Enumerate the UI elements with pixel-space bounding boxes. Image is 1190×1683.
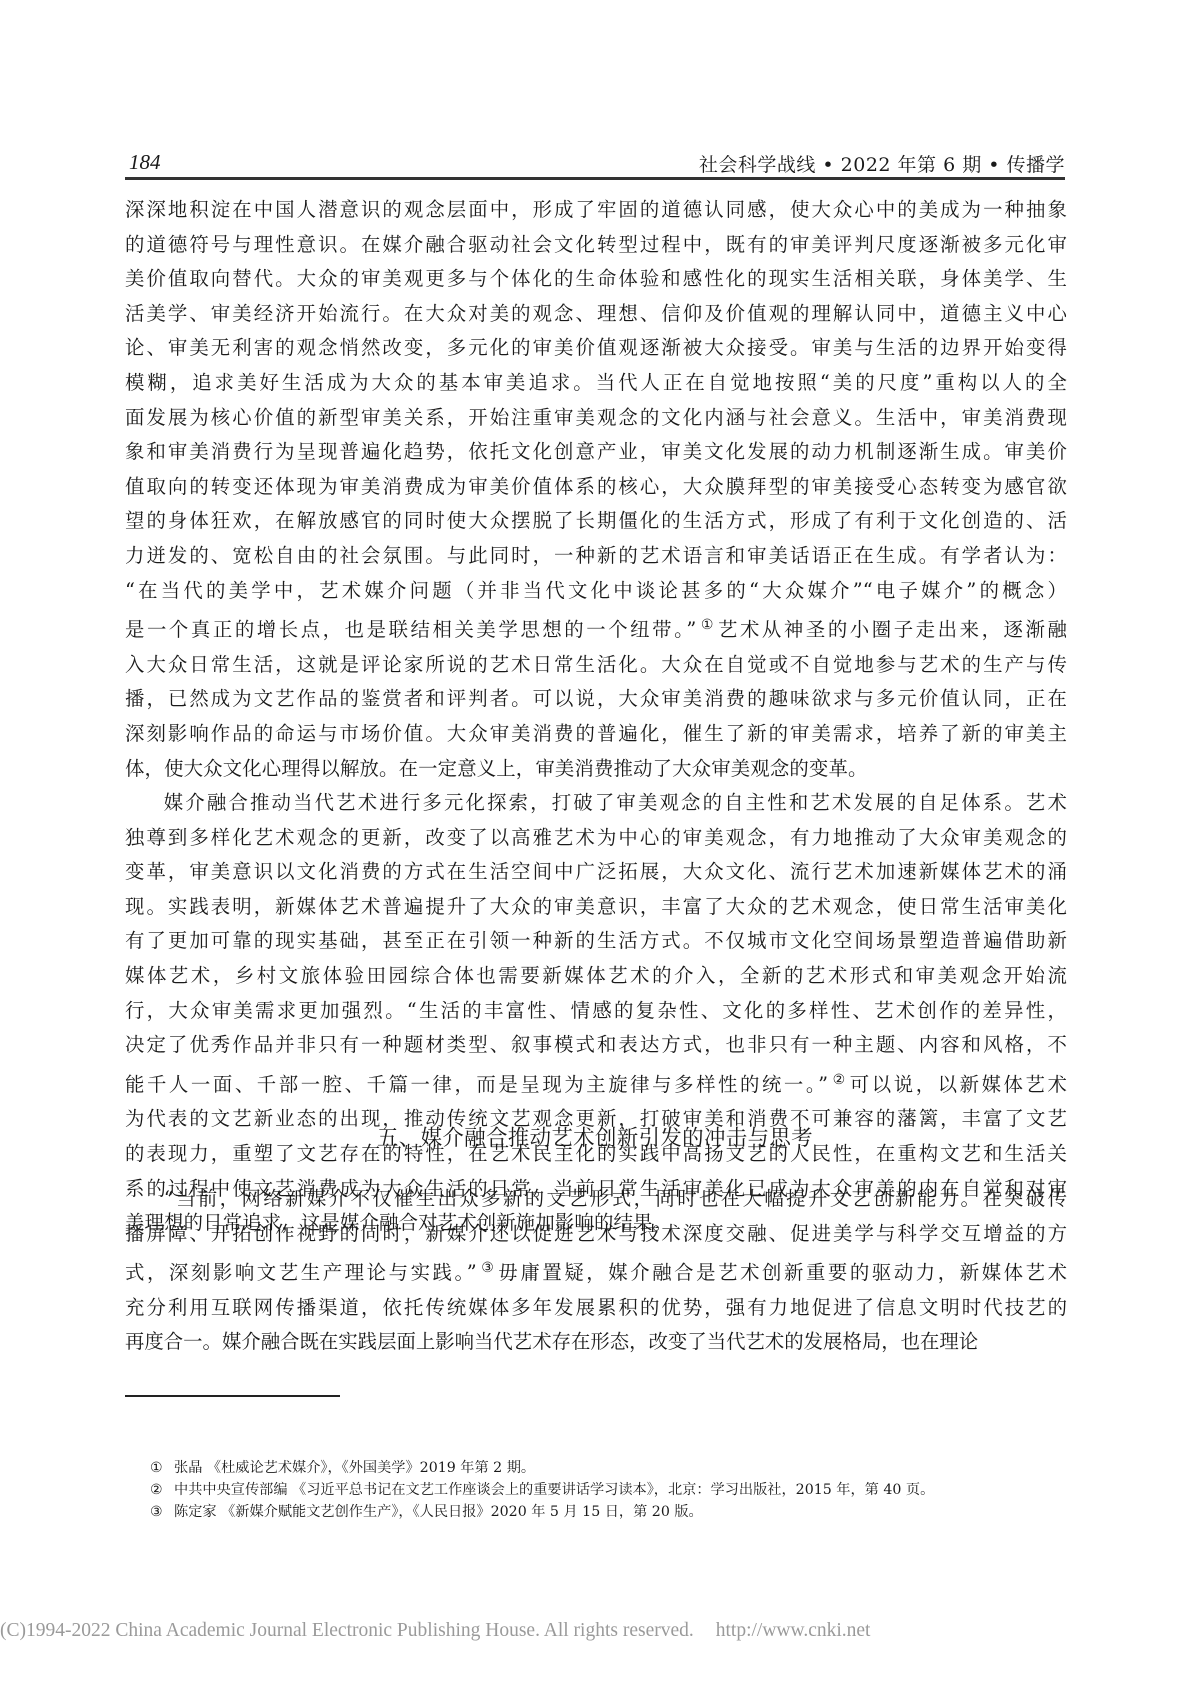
text-line: 能千人一面、千部一腔、千篇一律，而是呈现为主旋律与多样性的统一。”②可以说，以新… (125, 1063, 1067, 1103)
copyright-footer: (C)1994-2022 China Academic Journal Elec… (0, 1620, 930, 1642)
text-line: 变革，审美意识以文化消费的方式在生活空间中广泛拓展，大众文化、流行艺术加速新媒体… (125, 855, 1067, 890)
section-heading: 五、媒介融合推动艺术创新引发的冲击与思考 (125, 1121, 1065, 1152)
footnote-marker: ① (150, 1457, 174, 1479)
text-line: 入大众日常生活，这就是评论家所说的艺术日常生活化。大众在自觉或不自觉地参与艺术的… (125, 648, 1067, 683)
text-line: 活美学、审美经济开始流行。在大众对美的观念、理想、信仰及价值观的理解认同中，道德… (125, 297, 1067, 332)
text-line: 式，深刻影响文艺生产理论与实践。”③毋庸置疑，媒介融合是艺术创新重要的驱动力，新… (125, 1251, 1067, 1291)
text-line: 有了更加可靠的现实基础，甚至正在引领一种新的生活方式。不仅城市文化空间场景塑造普… (125, 924, 1067, 959)
paragraph-1: 深深地积淀在中国人潜意识的观念层面中，形成了牢固的道德认同感，使大众心中的美成为… (125, 193, 1067, 786)
text-line: 深刻影响作品的命运与市场价值。大众审美消费的普遍化，催生了新的审美需求，培养了新… (125, 717, 1067, 752)
text-line: 的道德符号与理性意识。在媒介融合驱动社会文化转型过程中，既有的审美评判尺度逐渐被… (125, 228, 1067, 263)
text-line: 现。实践表明，新媒体艺术普遍提升了大众的审美意识，丰富了大众的艺术观念，使日常生… (125, 890, 1067, 925)
text-line: 力迸发的、宽松自由的社会氛围。与此同时，一种新的艺术语言和审美话语正在生成。有学… (125, 539, 1067, 574)
text-line: 行，大众审美需求更加强烈。“生活的丰富性、情感的复杂性、文化的多样性、艺术创作的… (125, 994, 1067, 1029)
text-line: 播，已然成为文艺作品的鉴赏者和评判者。可以说，大众审美消费的趣味欲求与多元价值认… (125, 682, 1067, 717)
text-line: “在当代的美学中，艺术媒介问题（并非当代文化中谈论甚多的“大众媒介”“电子媒介”… (125, 574, 1067, 609)
text-line: 再度合一。媒介融合既在实践层面上影响当代艺术存在形态，改变了当代艺术的发展格局，… (125, 1325, 1067, 1360)
copyright-notice: (C)1994-2022 China Academic Journal Elec… (0, 1620, 694, 1641)
text-line: 论、审美无利害的观念悄然改变，多元化的审美价值观逐渐被大众接受。审美与生活的边界… (125, 331, 1067, 366)
footnote-text: 陈定家 《新媒介赋能文艺创作生产》，《人民日报》2020 年 5 月 15 日，… (174, 1501, 703, 1523)
text-line: “当前，网络新媒介不仅催生出众多新的文艺形式，同时也在大幅提升文艺创新能力。在突… (125, 1182, 1067, 1217)
header-rule (125, 177, 1065, 180)
section-body: “当前，网络新媒介不仅催生出众多新的文艺形式，同时也在大幅提升文艺创新能力。在突… (125, 1182, 1067, 1360)
running-title: 社会科学战线 • 2022 年第 6 期 • 传播学 (699, 150, 1065, 177)
text-line: 决定了优秀作品并非只有一种题材类型、叙事模式和表达方式，也非只有一种主题、内容和… (125, 1028, 1067, 1063)
footnote-rule (125, 1395, 340, 1397)
footnote-ref[interactable]: ① (698, 617, 716, 633)
page-number: 184 (129, 150, 161, 175)
text-line: 望的身体狂欢，在解放感官的同时使大众摆脱了长期僵化的生活方式，形成了有利于文化创… (125, 504, 1067, 539)
text-line: 独尊到多样化艺术观念的更新，改变了以高雅艺术为中心的审美观念，有力地推动了大众审… (125, 821, 1067, 856)
footnote-text: 张晶 《杜威论艺术媒介》，《外国美学》2019 年第 2 期。 (174, 1457, 535, 1479)
text-line: 媒介融合推动当代艺术进行多元化探索，打破了审美观念的自主性和艺术发展的自足体系。… (125, 786, 1067, 821)
text-line: 模糊，追求美好生活成为大众的基本审美追求。当代人正在自觉地按照“美的尺度”重构以… (125, 366, 1067, 401)
footnote-text: 中共中央宣传部编 《习近平总书记在文艺工作座谈会上的重要讲话学习读本》，北京：学… (174, 1479, 934, 1501)
body-text: 深深地积淀在中国人潜意识的观念层面中，形成了牢固的道德认同感，使大众心中的美成为… (125, 193, 1067, 1241)
text-line: 体，使大众文化心理得以解放。在一定意义上，审美消费推动了大众审美观念的变革。 (125, 752, 1067, 787)
footnote-ref[interactable]: ② (830, 1072, 848, 1088)
section-paragraph-1: “当前，网络新媒介不仅催生出众多新的文艺形式，同时也在大幅提升文艺创新能力。在突… (125, 1182, 1067, 1360)
text-line: 充分利用互联网传播渠道，依托传统媒体多年发展累积的优势，强有力地促进了信息文明时… (125, 1291, 1067, 1326)
page-header: 184 社会科学战线 • 2022 年第 6 期 • 传播学 (125, 146, 1065, 176)
footnote-marker: ③ (150, 1501, 174, 1523)
text-line: 媒体艺术，乡村文旅体验田园综合体也需要新媒体艺术的介入，全新的艺术形式和审美观念… (125, 959, 1067, 994)
text-line: 深深地积淀在中国人潜意识的观念层面中，形成了牢固的道德认同感，使大众心中的美成为… (125, 193, 1067, 228)
text-line: 美价值取向替代。大众的审美观更多与个体化的生命体验和感性化的现实生活相关联，身体… (125, 262, 1067, 297)
text-line: 是一个真正的增长点，也是联结相关美学思想的一个纽带。”①艺术从神圣的小圈子走出来… (125, 608, 1067, 648)
footnote-1: ①张晶 《杜威论艺术媒介》，《外国美学》2019 年第 2 期。 (150, 1457, 934, 1479)
text-line: 值取向的转变还体现为审美消费成为审美价值体系的核心，大众膜拜型的审美接受心态转变… (125, 470, 1067, 505)
text-line: 象和审美消费行为呈现普遍化趋势，依托文化创意产业，审美文化发展的动力机制逐渐生成… (125, 435, 1067, 470)
footnote-ref[interactable]: ③ (479, 1260, 497, 1276)
paragraph-2: 媒介融合推动当代艺术进行多元化探索，打破了审美观念的自主性和艺术发展的自足体系。… (125, 786, 1067, 1241)
footnotes: ①张晶 《杜威论艺术媒介》，《外国美学》2019 年第 2 期。 ②中共中央宣传… (150, 1457, 934, 1523)
footnote-marker: ② (150, 1479, 174, 1501)
footnote-3: ③陈定家 《新媒介赋能文艺创作生产》，《人民日报》2020 年 5 月 15 日… (150, 1501, 934, 1523)
footnote-2: ②中共中央宣传部编 《习近平总书记在文艺工作座谈会上的重要讲话学习读本》，北京：… (150, 1479, 934, 1501)
cnki-url[interactable]: http://www.cnki.net (716, 1620, 871, 1641)
text-line: 播屏障、开拓创作视野的同时，新媒介还以促进艺术与技术深度交融、促进美学与科学交互… (125, 1217, 1067, 1252)
text-line: 面发展为核心价值的新型审美关系，开始注重审美观念的文化内涵与社会意义。生活中，审… (125, 401, 1067, 436)
